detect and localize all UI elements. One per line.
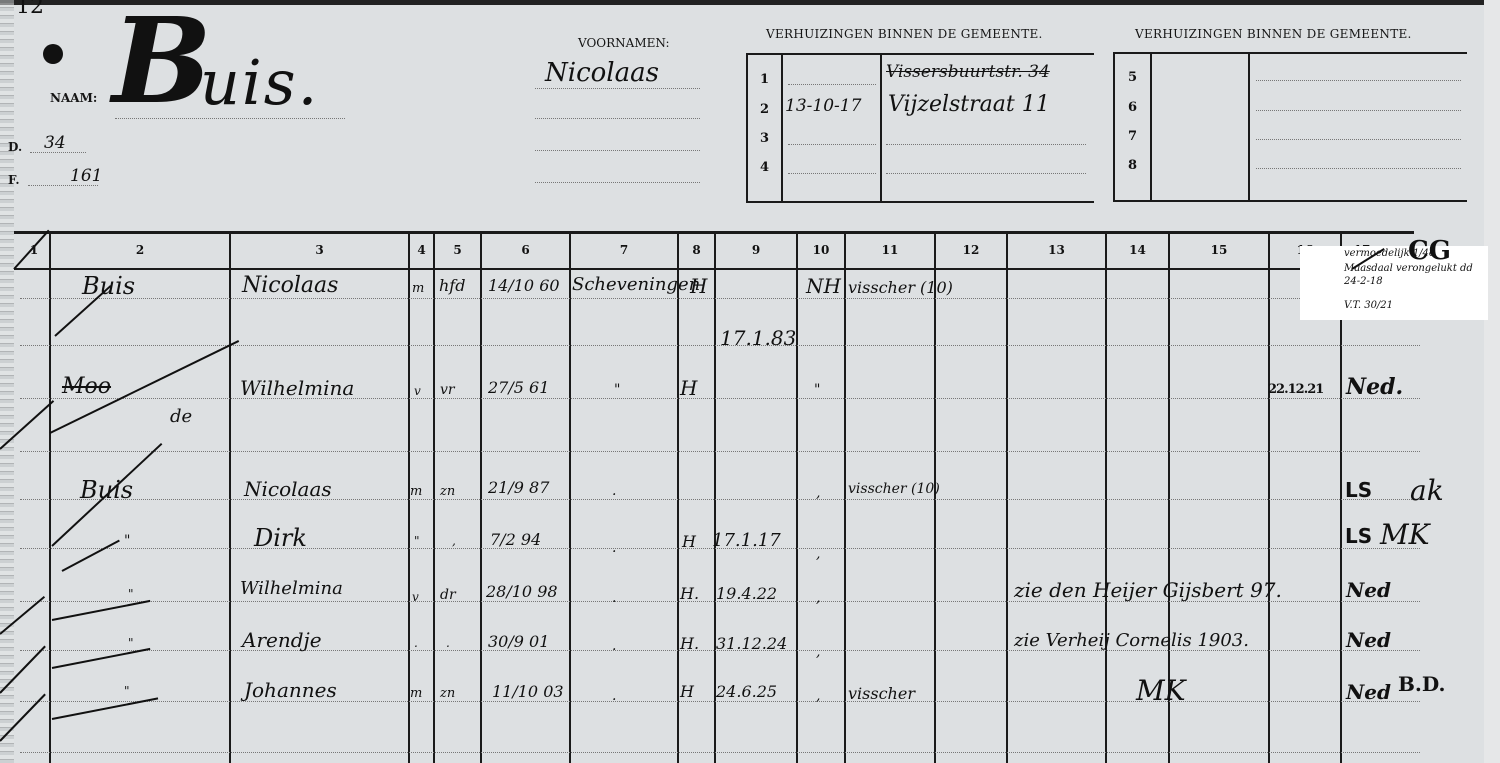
cell-sex: v (414, 384, 421, 398)
row-guide (20, 298, 1420, 299)
cell-firstname: Nicolaas (244, 477, 332, 501)
cell-birthdate: 27/5 61 (488, 378, 549, 397)
cell-firstname: Wilhelmina (240, 376, 354, 400)
cell-firstname: Arendje (242, 628, 322, 652)
cell-surname: " (128, 636, 134, 650)
d-label: D. (8, 140, 22, 154)
row-strike (52, 600, 151, 621)
cell-birthdate: 28/10 98 (486, 582, 558, 601)
move-num-4: 4 (760, 160, 769, 175)
moves-left-divider-2 (880, 55, 882, 201)
dotline (1256, 168, 1461, 169)
col-header-12: 12 (936, 243, 1006, 257)
cell-birthdate: 7/2 94 (490, 530, 541, 549)
dotline (1256, 80, 1461, 81)
moves-right-divider-2 (1248, 54, 1250, 200)
cell-church: , (816, 546, 820, 562)
col-header-2: 2 (51, 243, 229, 257)
cell-relation: zn (440, 484, 455, 499)
cell-firstname: Dirk (254, 524, 307, 552)
cell-surname-prefix: de (170, 406, 192, 427)
cell-remark-17: ak (1410, 474, 1444, 507)
f-label: F. (8, 173, 20, 187)
cell-religion: H (680, 682, 694, 701)
move-num-3: 3 (760, 131, 769, 146)
cell-nationality: Ned (1346, 578, 1391, 602)
moves-left-divider-1 (781, 55, 783, 201)
cell-church: , (816, 644, 820, 660)
cell-reference: MK (1136, 674, 1186, 707)
cell-church: , (816, 485, 820, 501)
cell-firstname: Wilhelmina (240, 578, 343, 599)
voornamen-line-3 (535, 150, 700, 151)
cell-religion: H (682, 532, 696, 551)
moves-left-title: VERHUIZINGEN BINNEN DE GEMEENTE. (766, 27, 1043, 41)
cell-birthplace: . (612, 483, 616, 499)
cell-sex: . (414, 636, 418, 650)
cell-surname: " (128, 587, 134, 601)
col-header-11: 11 (846, 243, 934, 257)
scan-top-edge (0, 0, 1500, 5)
row-guide (20, 451, 1420, 452)
cell-surname: " (124, 533, 130, 549)
cell-surname: Buis (80, 476, 133, 504)
col-header-8: 8 (679, 243, 714, 257)
move-num-8: 8 (1128, 158, 1137, 173)
scan-left-edge (0, 0, 14, 763)
cell-birthplace: " (614, 382, 620, 398)
moves-right-title: VERHUIZINGEN BINNEN DE GEMEENTE. (1135, 27, 1412, 41)
row-guide (20, 499, 1420, 500)
scan-right-edge (1484, 0, 1500, 763)
dotline (788, 173, 876, 174)
cell-birthdate: 14/10 60 (488, 276, 560, 295)
cell-relation: dr (440, 587, 456, 603)
surname-initial: B (112, 2, 212, 120)
row-guide (20, 752, 1420, 753)
cell-firstname: Johannes (244, 678, 337, 702)
cell-occupation: visscher (10) (848, 278, 953, 297)
cell-date: 19.4.22 (716, 584, 777, 603)
col-header-10: 10 (798, 243, 844, 257)
corner-mark: 12 (16, 0, 44, 19)
cell-relation: hfd (439, 276, 465, 295)
cell-birthplace: . (612, 638, 616, 654)
pasted-note: vermoedelijk 1/4e Maasdaal verongelukt d… (1300, 246, 1488, 320)
cell-nationality: Ned. (1346, 374, 1403, 400)
move-num-5: 5 (1128, 70, 1137, 85)
cell-sex: m (410, 484, 422, 499)
cell-church: , (816, 688, 820, 704)
col-header-5: 5 (435, 243, 480, 257)
surname-rest: uis. (200, 52, 319, 114)
stamp-ls: LS (1345, 478, 1372, 502)
col-header-13: 13 (1008, 243, 1105, 257)
row-strike (52, 648, 151, 669)
f-value: 161 (70, 166, 102, 186)
stamp-ls: LS (1345, 524, 1372, 548)
dotline (886, 173, 1086, 174)
moves-right-divider-1 (1150, 54, 1152, 200)
cell-church: , (816, 590, 820, 606)
move-num-1: 1 (760, 72, 769, 87)
cell-religion: H (680, 376, 697, 400)
cell-church: " (814, 382, 820, 398)
cell-birthdate: 11/10 03 (492, 682, 564, 701)
cell-birthplace: . (612, 590, 616, 606)
cell-relation: . (446, 636, 450, 650)
cell-church: NH (806, 274, 841, 298)
cell-date: 24.6.25 (716, 682, 777, 701)
move-address-1: Vissersbuurtstr. 34 (886, 62, 1050, 82)
dotline (1256, 110, 1461, 111)
dotline (886, 144, 1086, 145)
col-header-3: 3 (231, 243, 408, 257)
move-num-2: 2 (760, 102, 769, 117)
cell-sex: m (412, 281, 424, 296)
cell-date: 17.1.17 (712, 530, 781, 551)
population-register-card: 12 NAAM: B uis. D. 34 F. 161 VOORNAMEN: … (0, 0, 1500, 763)
move-num-6: 6 (1128, 100, 1137, 115)
cell-religion: H. (680, 634, 699, 653)
cell-firstname: Nicolaas (242, 273, 338, 298)
cell-remark-17: MK (1380, 518, 1430, 551)
cell-birthplace: Scheveningen (572, 274, 700, 295)
move-address-2: Vijzelstraat 11 (888, 92, 1050, 117)
note-line-3: V.T. 30/21 (1344, 300, 1393, 311)
cell-birthdate: 30/9 01 (488, 632, 549, 651)
row-guide (20, 701, 1420, 702)
cell-sex: " (414, 534, 420, 548)
cell-birthplace: . (612, 540, 616, 556)
cell-relation: zn (440, 686, 455, 701)
row-strike (51, 443, 162, 547)
stamp-cg: CG (1408, 236, 1451, 266)
cell-surname: Moo (62, 374, 111, 399)
cell-surname: " (124, 684, 130, 698)
move-date-2: 13-10-17 (785, 96, 861, 116)
stamp-bd: B.D. (1398, 672, 1445, 696)
cell-reference: zie den Heijer Gijsbert 97. (1014, 578, 1282, 602)
cell-reference: zie Verheij Cornelis 1903. (1014, 630, 1249, 651)
dotline (788, 84, 876, 85)
cell-birthdate: 21/9 87 (488, 478, 549, 497)
cell-sex: m (410, 686, 422, 701)
voornamen-label: VOORNAMEN: (578, 36, 670, 50)
voornamen-line-4 (535, 182, 700, 183)
row-guide (20, 398, 1420, 399)
f-underline (28, 185, 98, 186)
dotline (1256, 139, 1461, 140)
cell-religion: H. (680, 584, 699, 603)
d-underline (30, 152, 86, 153)
move-num-7: 7 (1128, 129, 1137, 144)
cell-religion: H (690, 274, 707, 298)
cell-birthplace: . (612, 688, 616, 704)
cell-date: 31.12.24 (716, 634, 787, 653)
cell-date-16: 22.12.21 (1268, 382, 1323, 397)
cell-nationality: Ned (1346, 680, 1391, 704)
cell-nationality: Ned (1346, 628, 1391, 652)
cell-date: 17.1.83 (720, 326, 796, 350)
name-underline (115, 118, 345, 119)
punch-hole-dot (43, 44, 63, 64)
name-label: NAAM: (50, 91, 97, 105)
voornamen-line-2 (535, 118, 700, 119)
voornamen-value: Nicolaas (545, 58, 659, 88)
col-header-14: 14 (1107, 243, 1168, 257)
cell-occupation: visscher (10) (848, 481, 940, 497)
cell-occupation: visscher (848, 684, 915, 703)
col-header-4: 4 (410, 243, 433, 257)
dotline (788, 144, 876, 145)
row-strike (62, 540, 120, 572)
col-header-9: 9 (716, 243, 796, 257)
col-header-7: 7 (571, 243, 677, 257)
cell-relation: vr (440, 382, 455, 398)
voornamen-line-1 (535, 88, 700, 89)
cell-sex: v (412, 590, 419, 604)
cell-relation: , (452, 534, 456, 548)
d-value: 34 (44, 133, 66, 153)
col-header-6: 6 (482, 243, 569, 257)
table-header-rule (14, 268, 1354, 270)
moves-right-box (1113, 52, 1467, 202)
col-header-15: 15 (1170, 243, 1268, 257)
